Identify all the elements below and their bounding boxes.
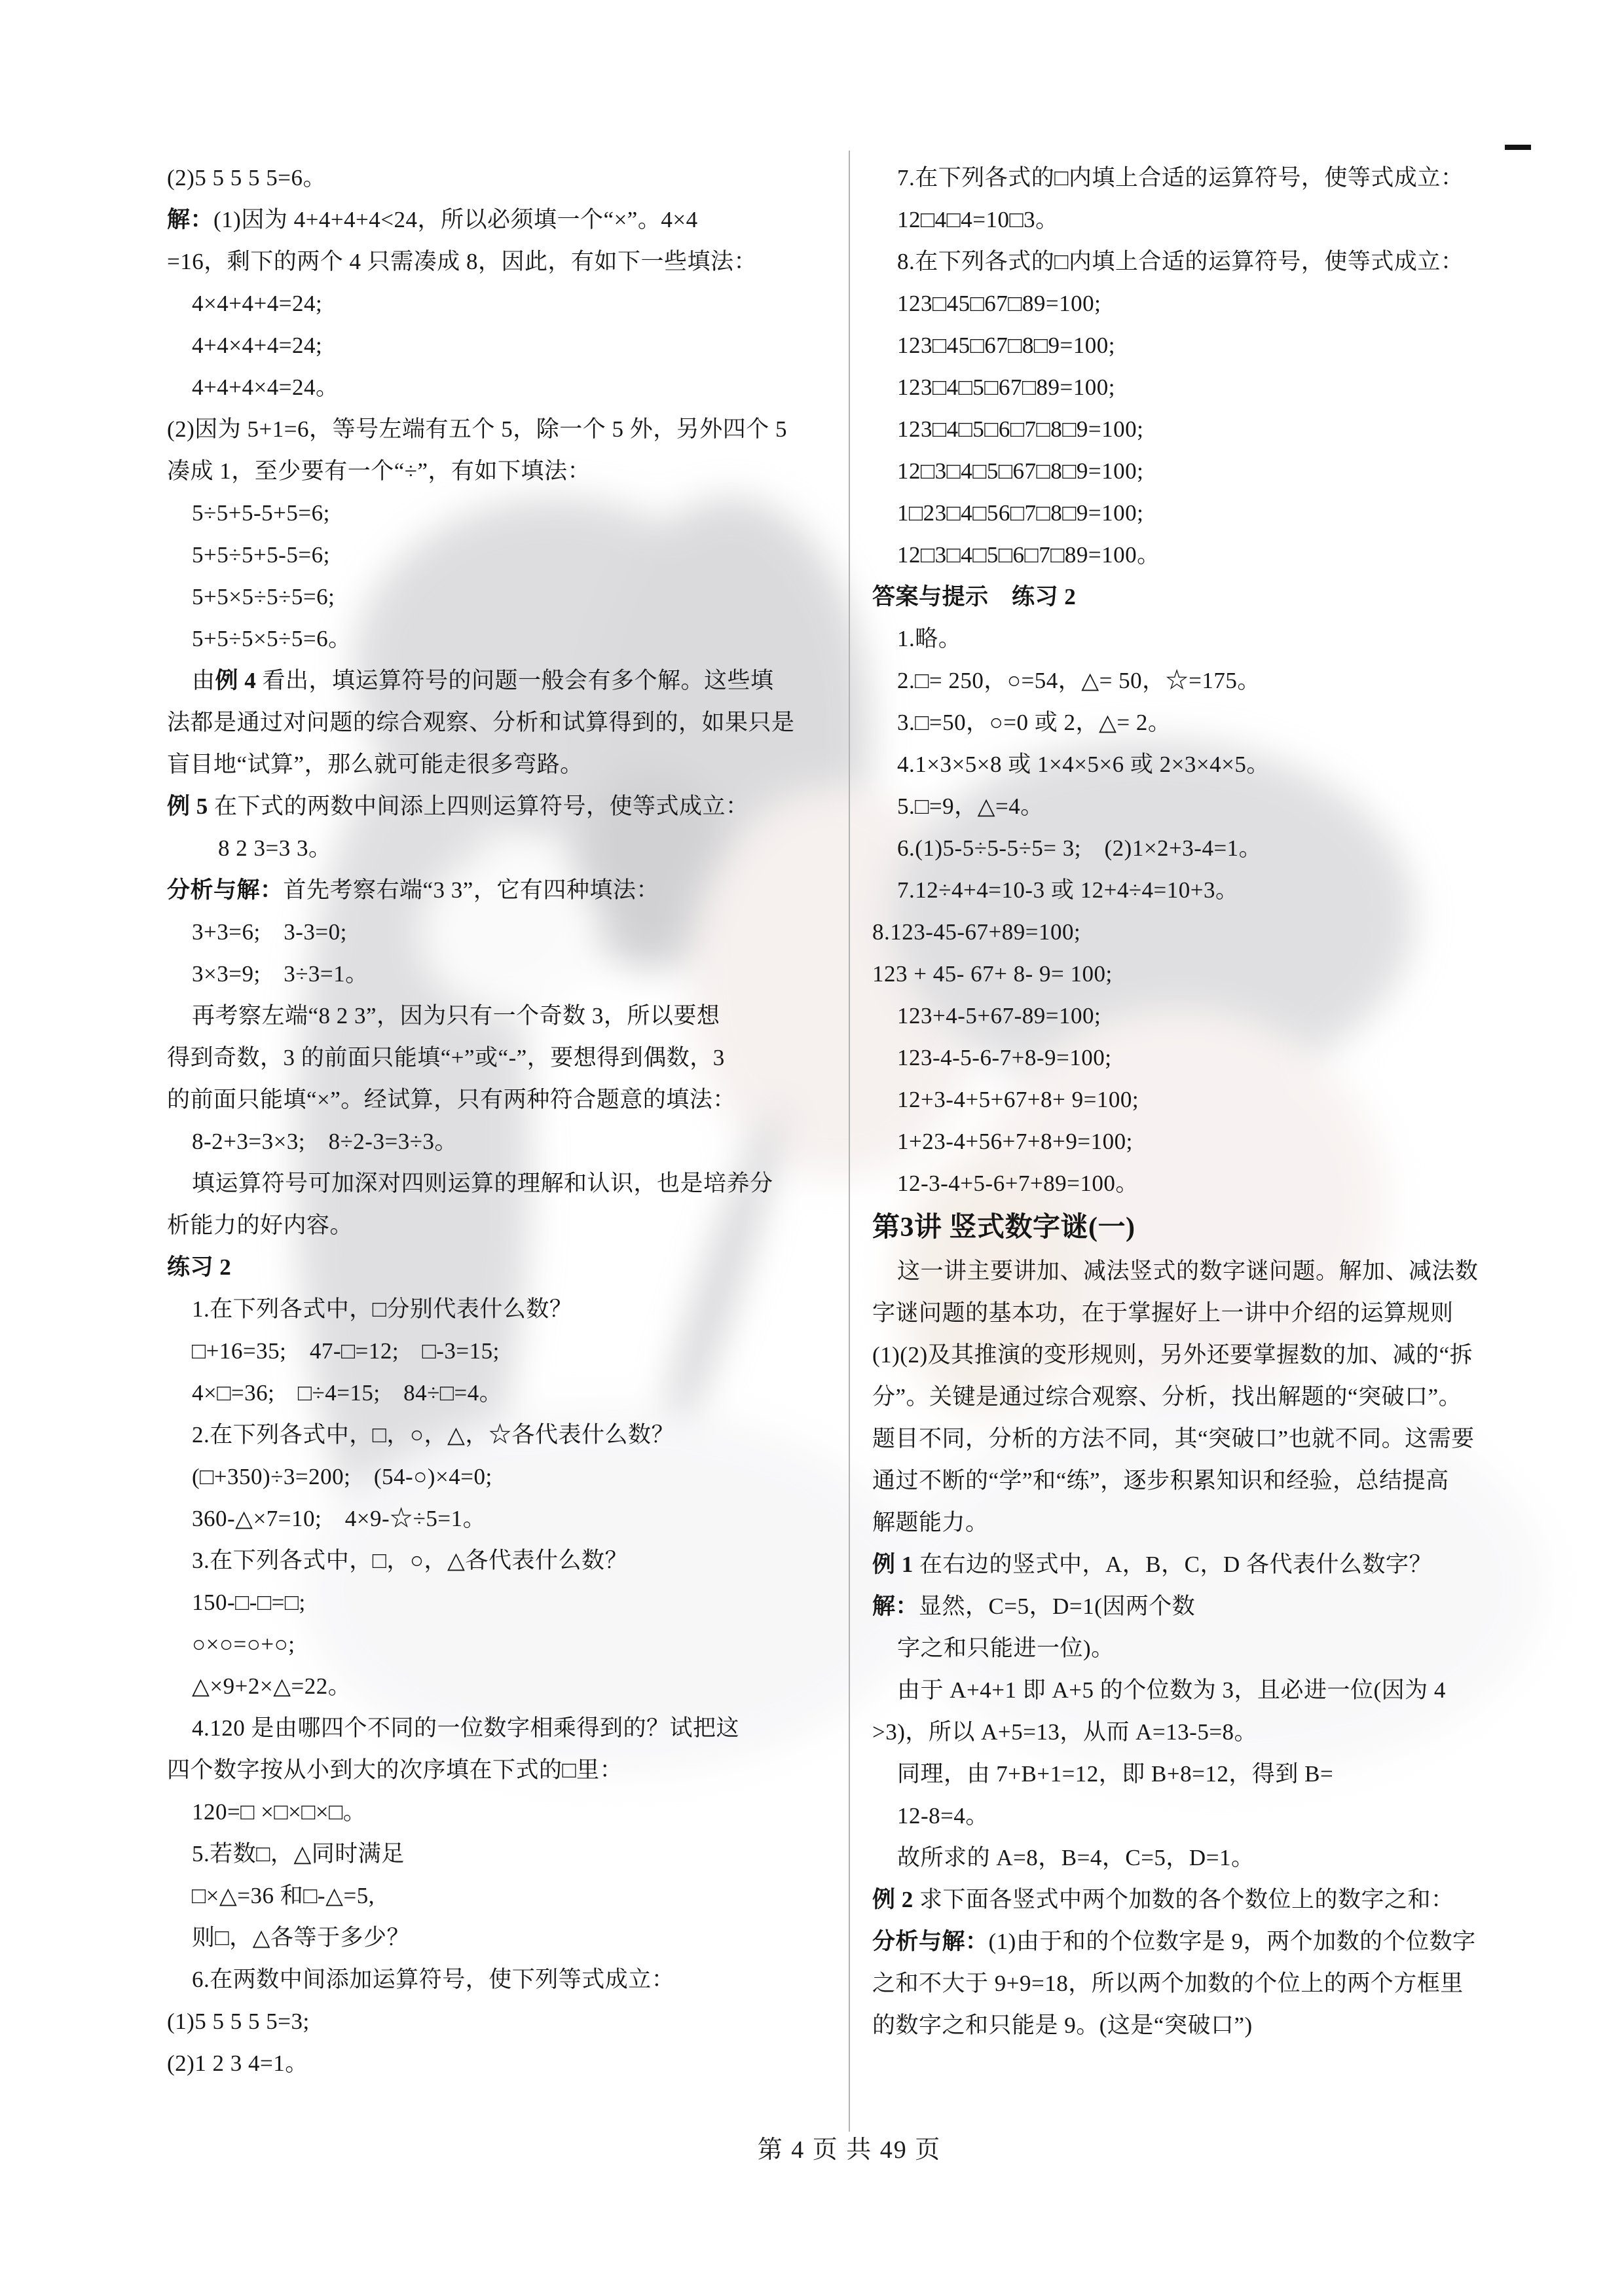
text-line: 5+5÷5×5÷5=6。 bbox=[167, 618, 792, 660]
text-line: 12-3-4+5-6+7+89=100。 bbox=[872, 1163, 1534, 1205]
text-line: 12-8=4。 bbox=[872, 1795, 1534, 1837]
text-line: 5+5×5÷5÷5=6; bbox=[167, 576, 792, 618]
line-text: □×△=36 和□-△=5, bbox=[192, 1883, 375, 1908]
line-text: 3+3=6; 3-3=0; bbox=[192, 919, 347, 945]
text-line: 8-2+3=3×3; 8÷2-3=3÷3。 bbox=[167, 1121, 792, 1163]
text-line: ○×○=○+○; bbox=[167, 1624, 792, 1666]
bold-label: 练习 2 bbox=[167, 1254, 231, 1280]
text-line: (1)5 5 5 5 5=3; bbox=[167, 2001, 792, 2043]
line-text: 12□3□4□5□6□7□89=100。 bbox=[897, 542, 1160, 568]
line-text: 1□23□4□56□7□8□9=100; bbox=[897, 500, 1143, 526]
text-line: □×△=36 和□-△=5, bbox=[167, 1875, 792, 1917]
line-text: 5+5÷5+5-5=6; bbox=[192, 542, 330, 568]
text-line: 6.在两数中间添加运算符号，使下列等式成立： bbox=[167, 1959, 792, 2001]
bold-label: 解： bbox=[872, 1594, 919, 1619]
section-heading: 第3讲 竖式数字谜(一) bbox=[872, 1205, 1534, 1250]
line-text: 12-8=4。 bbox=[897, 1803, 989, 1829]
line-text: 盲目地“试算”，那么就可能走很多弯路。 bbox=[167, 752, 583, 777]
text-line: =16，剩下的两个 4 只需凑成 8，因此，有如下一些填法： bbox=[167, 241, 792, 283]
text-line: □+16=35; 47-□=12; □-3=15; bbox=[167, 1330, 792, 1372]
text-line: 2.在下列各式中，□，○，△，☆各代表什么数？ bbox=[167, 1414, 792, 1456]
line-text: 5+5÷5×5÷5=6。 bbox=[192, 626, 352, 651]
text-line: 分析与解：首先考察右端“3 3”，它有四种填法： bbox=[167, 869, 792, 911]
text-line: (2)因为 5+1=6，等号左端有五个 5，除一个 5 外，另外四个 5 bbox=[167, 409, 792, 450]
line-text: 8.在下列各式的□内填上合适的运算符号，使等式成立： bbox=[897, 249, 1464, 274]
text-line: 3.□=50，○=0 或 2，△= 2。 bbox=[872, 702, 1534, 744]
text-line: 12□4□4=10□3。 bbox=[872, 199, 1534, 241]
line-text: 同理，由 7+B+1=12，即 B+8=12，得到 B= bbox=[897, 1761, 1333, 1787]
left-column: (2)5 5 5 5 5=6。解：(1)因为 4+4+4+4<24，所以必须填一… bbox=[167, 157, 792, 2085]
text-line: 12+3-4+5+67+8+ 9=100; bbox=[872, 1079, 1534, 1121]
line-text: 4×□=36; □÷4=15; 84÷□=4。 bbox=[192, 1380, 502, 1406]
line-text: 123 + 45- 67+ 8- 9= 100; bbox=[872, 961, 1113, 987]
line-text: 由 bbox=[192, 668, 215, 693]
line-text: 的前面只能填“×”。经试算，只有两种符合题意的填法： bbox=[167, 1087, 736, 1112]
line-text: 6.在两数中间添加运算符号，使下列等式成立： bbox=[192, 1967, 674, 1992]
stray-dash-mark bbox=[1505, 145, 1531, 150]
line-text: 123□45□67□8□9=100; bbox=[897, 333, 1115, 358]
text-line: 1□23□4□56□7□8□9=100; bbox=[872, 492, 1534, 534]
text-line: 7.在下列各式的□内填上合适的运算符号，使等式成立： bbox=[872, 157, 1534, 199]
text-line: 123□45□67□8□9=100; bbox=[872, 325, 1534, 367]
line-text: 12+3-4+5+67+8+ 9=100; bbox=[897, 1087, 1139, 1112]
line-text: 123□4□5□6□7□8□9=100; bbox=[897, 416, 1143, 442]
line-text: 这一讲主要讲加、减法竖式的数字谜问题。解加、减法数 bbox=[897, 1258, 1479, 1284]
line-text: 填运算符号可加深对四则运算的理解和认识，也是培养分 bbox=[192, 1171, 773, 1196]
line-text: 4.1×3×5×8 或 1×4×5×6 或 2×3×4×5。 bbox=[897, 752, 1270, 777]
line-text: (1)因为 4+4+4+4<24，所以必须填一个“×”。4×4 bbox=[213, 207, 698, 232]
text-line: 123□45□67□89=100; bbox=[872, 283, 1534, 325]
text-line: (□+350)÷3=200; (54-○)×4=0; bbox=[167, 1456, 792, 1498]
text-line: 8.123-45-67+89=100; bbox=[872, 911, 1534, 953]
text-line: 123□4□5□6□7□8□9=100; bbox=[872, 409, 1534, 450]
line-text: 123+4-5+67-89=100; bbox=[897, 1003, 1101, 1029]
line-text: 由于 A+4+1 即 A+5 的个位数为 3，且必进一位(因为 4 bbox=[897, 1677, 1446, 1703]
text-line: 这一讲主要讲加、减法竖式的数字谜问题。解加、减法数 bbox=[872, 1250, 1534, 1292]
line-text: 字之和只能进一位)。 bbox=[897, 1635, 1115, 1661]
line-text: (1)由于和的个位数字是 9，两个加数的个位数字 bbox=[989, 1929, 1476, 1954]
text-line: 法都是通过对问题的综合观察、分析和试算得到的，如果只是 bbox=[167, 702, 792, 744]
text-line: 12□3□4□5□6□7□89=100。 bbox=[872, 534, 1534, 576]
text-line: >3)，所以 A+5=13，从而 A=13-5=8。 bbox=[872, 1711, 1534, 1753]
text-line: 123-4-5-6-7+8-9=100; bbox=[872, 1037, 1534, 1079]
line-text: 在下式的两数中间添上四则运算符号，使等式成立： bbox=[208, 793, 749, 819]
line-text: 3×3=9; 3÷3=1。 bbox=[192, 961, 369, 987]
column-divider-line bbox=[849, 151, 850, 2132]
line-text: 首先考察右端“3 3”，它有四种填法： bbox=[284, 877, 659, 903]
line-text: 8 2 3=3 3。 bbox=[218, 835, 332, 861]
line-text: 2.在下列各式中，□，○，△，☆各代表什么数？ bbox=[192, 1422, 674, 1448]
line-text: 120=□ ×□×□×□。 bbox=[192, 1799, 366, 1825]
text-line: 例 1 在右边的竖式中，A，B，C，D 各代表什么数字？ bbox=[872, 1544, 1534, 1586]
text-line: 由例 4 看出，填运算符号的问题一般会有多个解。这些填 bbox=[167, 660, 792, 702]
text-line: 答案与提示 练习 2 bbox=[872, 576, 1534, 618]
text-line: 字之和只能进一位)。 bbox=[872, 1628, 1534, 1669]
line-text: 2.□= 250，○=54，△= 50，☆=175。 bbox=[897, 668, 1261, 693]
text-line: 填运算符号可加深对四则运算的理解和认识，也是培养分 bbox=[167, 1163, 792, 1205]
text-line: 120=□ ×□×□×□。 bbox=[167, 1791, 792, 1833]
text-line: 8 2 3=3 3。 bbox=[167, 828, 792, 869]
line-text: 123-4-5-6-7+8-9=100; bbox=[897, 1045, 1111, 1070]
text-line: 的前面只能填“×”。经试算，只有两种符合题意的填法： bbox=[167, 1079, 792, 1121]
line-text: (2)5 5 5 5 5=6。 bbox=[167, 165, 326, 191]
line-text: 法都是通过对问题的综合观察、分析和试算得到的，如果只是 bbox=[167, 710, 795, 735]
text-line: (2)1 2 3 4=1。 bbox=[167, 2043, 792, 2085]
line-text: 12□3□4□5□67□8□9=100; bbox=[897, 458, 1143, 484]
line-text: 再考察左端“8 2 3”，因为只有一个奇数 3，所以要想 bbox=[192, 1003, 720, 1029]
text-line: 5.若数□，△同时满足 bbox=[167, 1833, 792, 1875]
line-text: ○×○=○+○; bbox=[192, 1631, 295, 1657]
text-line: 字谜问题的基本功，在于掌握好上一讲中介绍的运算规则 bbox=[872, 1292, 1534, 1334]
line-text: 看出，填运算符号的问题一般会有多个解。这些填 bbox=[263, 668, 774, 693]
text-line: 7.12÷4+4=10-3 或 12+4÷4=10+3。 bbox=[872, 869, 1534, 911]
text-line: 4×4+4+4=24; bbox=[167, 283, 792, 325]
line-text: (□+350)÷3=200; (54-○)×4=0; bbox=[192, 1464, 492, 1489]
text-line: 4×□=36; □÷4=15; 84÷□=4。 bbox=[167, 1372, 792, 1414]
line-text: =16，剩下的两个 4 只需凑成 8，因此，有如下一些填法： bbox=[167, 249, 757, 274]
document-page: (2)5 5 5 5 5=6。解：(1)因为 4+4+4+4<24，所以必须填一… bbox=[0, 0, 1624, 2296]
text-line: 4.1×3×5×8 或 1×4×5×6 或 2×3×4×5。 bbox=[872, 744, 1534, 786]
text-line: 1.略。 bbox=[872, 618, 1534, 660]
line-text: 通过不断的“学”和“练”，逐步积累知识和经验，总结提高 bbox=[872, 1468, 1449, 1493]
line-text: 四个数字按从小到大的次序填在下式的□里： bbox=[167, 1757, 623, 1783]
page-number: 第 4 页 共 49 页 bbox=[75, 2129, 1624, 2165]
bold-label: 解： bbox=[167, 207, 213, 232]
text-line: (1)(2)及其推演的变形规则，另外还要掌握数的加、减的“拆 bbox=[872, 1334, 1534, 1376]
line-text: 4+4×4+4=24; bbox=[192, 333, 322, 358]
text-line: 由于 A+4+1 即 A+5 的个位数为 3，且必进一位(因为 4 bbox=[872, 1669, 1534, 1711]
text-line: 得到奇数，3 的前面只能填“+”或“-”，要想得到偶数，3 bbox=[167, 1037, 792, 1079]
text-line: 通过不断的“学”和“练”，逐步积累知识和经验，总结提高 bbox=[872, 1460, 1534, 1502]
text-line: 2.□= 250，○=54，△= 50，☆=175。 bbox=[872, 660, 1534, 702]
text-line: 之和不大于 9+9=18，所以两个加数的个位上的两个方框里 bbox=[872, 1963, 1534, 2005]
line-text: 5.□=9，△=4。 bbox=[897, 793, 1044, 819]
bold-label: 例 5 bbox=[167, 793, 208, 819]
text-line: 例 2 求下面各竖式中两个加数的各个数位上的数字之和： bbox=[872, 1879, 1534, 1921]
line-text: (1)5 5 5 5 5=3; bbox=[167, 2009, 310, 2034]
bold-label: 第3讲 竖式数字谜(一) bbox=[872, 1212, 1135, 1243]
text-line: 3×3=9; 3÷3=1。 bbox=[167, 953, 792, 995]
line-text: (2)1 2 3 4=1。 bbox=[167, 2050, 308, 2076]
text-line: 盲目地“试算”，那么就可能走很多弯路。 bbox=[167, 744, 792, 786]
text-line: 再考察左端“8 2 3”，因为只有一个奇数 3，所以要想 bbox=[167, 995, 792, 1037]
text-line: 解题能力。 bbox=[872, 1502, 1534, 1544]
line-text: 5+5×5÷5÷5=6; bbox=[192, 584, 335, 610]
line-text: 6.(1)5-5÷5-5÷5= 3; (2)1×2+3-4=1。 bbox=[897, 835, 1262, 861]
line-text: 分”。关键是通过综合观察、分析，找出解题的“突破口”。 bbox=[872, 1384, 1462, 1410]
line-text: (2)因为 5+1=6，等号左端有五个 5，除一个 5 外，另外四个 5 bbox=[167, 416, 787, 442]
line-text: 之和不大于 9+9=18，所以两个加数的个位上的两个方框里 bbox=[872, 1971, 1464, 1996]
line-text: 1.略。 bbox=[897, 626, 961, 651]
line-text: >3)，所以 A+5=13，从而 A=13-5=8。 bbox=[872, 1719, 1257, 1745]
line-text: 在右边的竖式中，A，B，C，D 各代表什么数字？ bbox=[913, 1552, 1432, 1577]
text-line: 6.(1)5-5÷5-5÷5= 3; (2)1×2+3-4=1。 bbox=[872, 828, 1534, 869]
text-line: 练习 2 bbox=[167, 1247, 792, 1288]
line-text: 360-△×7=10; 4×9-☆÷5=1。 bbox=[192, 1506, 486, 1531]
text-line: 凑成 1，至少要有一个“÷”，有如下填法： bbox=[167, 450, 792, 492]
text-line: 4.120 是由哪四个不同的一位数字相乘得到的？试把这 bbox=[167, 1707, 792, 1749]
text-line: (2)5 5 5 5 5=6。 bbox=[167, 157, 792, 199]
line-text: 5÷5+5-5+5=6; bbox=[192, 500, 330, 526]
line-text: 123□45□67□89=100; bbox=[897, 291, 1101, 316]
text-line: △×9+2×△=22。 bbox=[167, 1666, 792, 1707]
bold-label: 例 2 bbox=[872, 1887, 913, 1912]
text-line: 四个数字按从小到大的次序填在下式的□里： bbox=[167, 1749, 792, 1791]
line-text: 故所求的 A=8，B=4，C=5，D=1。 bbox=[897, 1845, 1254, 1870]
line-text: 3.□=50，○=0 或 2，△= 2。 bbox=[897, 710, 1171, 735]
line-text: 7.在下列各式的□内填上合适的运算符号，使等式成立： bbox=[897, 165, 1464, 191]
text-line: 5÷5+5-5+5=6; bbox=[167, 492, 792, 534]
text-line: 123 + 45- 67+ 8- 9= 100; bbox=[872, 953, 1534, 995]
text-line: 360-△×7=10; 4×9-☆÷5=1。 bbox=[167, 1498, 792, 1540]
text-line: 123□4□5□67□89=100; bbox=[872, 367, 1534, 409]
text-line: 例 5 在下式的两数中间添上四则运算符号，使等式成立： bbox=[167, 786, 792, 828]
line-text: 8.123-45-67+89=100; bbox=[872, 919, 1080, 945]
line-text: 的数字之和只能是 9。(这是“突破口”) bbox=[872, 2013, 1253, 2038]
text-line: 3.在下列各式中，□，○，△各代表什么数？ bbox=[167, 1540, 792, 1582]
text-line: 分析与解：(1)由于和的个位数字是 9，两个加数的个位数字 bbox=[872, 1921, 1534, 1963]
text-line: 同理，由 7+B+1=12，即 B+8=12，得到 B= bbox=[872, 1753, 1534, 1795]
line-text: 得到奇数，3 的前面只能填“+”或“-”，要想得到偶数，3 bbox=[167, 1045, 725, 1070]
line-text: □+16=35; 47-□=12; □-3=15; bbox=[192, 1338, 500, 1364]
text-line: 4+4×4+4=24; bbox=[167, 325, 792, 367]
line-text: 5.若数□，△同时满足 bbox=[192, 1841, 405, 1867]
line-text: (1)(2)及其推演的变形规则，另外还要掌握数的加、减的“拆 bbox=[872, 1342, 1473, 1368]
text-line: 150-□-□=□; bbox=[167, 1582, 792, 1624]
text-line: 的数字之和只能是 9。(这是“突破口”) bbox=[872, 2005, 1534, 2047]
line-text: 求下面各竖式中两个加数的各个数位上的数字之和： bbox=[913, 1887, 1454, 1912]
line-text: 4×4+4+4=24; bbox=[192, 291, 322, 316]
text-line: 故所求的 A=8，B=4，C=5，D=1。 bbox=[872, 1837, 1534, 1879]
text-line: 题目不同，分析的方法不同，其“突破口”也就不同。这需要 bbox=[872, 1418, 1534, 1460]
bold-label: 分析与解： bbox=[167, 877, 284, 903]
line-text: 4.120 是由哪四个不同的一位数字相乘得到的？试把这 bbox=[192, 1715, 739, 1741]
line-text: 12□4□4=10□3。 bbox=[897, 207, 1059, 232]
bold-label: 分析与解： bbox=[872, 1929, 989, 1954]
bold-label: 答案与提示 练习 2 bbox=[872, 584, 1076, 610]
text-line: 则□，△各等于多少？ bbox=[167, 1917, 792, 1959]
text-line: 5.□=9，△=4。 bbox=[872, 786, 1534, 828]
line-text: 析能力的好内容。 bbox=[167, 1212, 353, 1238]
line-text: 显然，C=5，D=1(因两个数 bbox=[919, 1594, 1195, 1619]
text-line: 8.在下列各式的□内填上合适的运算符号，使等式成立： bbox=[872, 241, 1534, 283]
line-text: 1+23-4+56+7+8+9=100; bbox=[897, 1129, 1133, 1154]
line-text: 4+4+4×4=24。 bbox=[192, 374, 339, 400]
text-line: 12□3□4□5□67□8□9=100; bbox=[872, 450, 1534, 492]
bold-label: 例 4 bbox=[215, 668, 263, 693]
text-line: 解：(1)因为 4+4+4+4<24，所以必须填一个“×”。4×4 bbox=[167, 199, 792, 241]
line-text: △×9+2×△=22。 bbox=[192, 1673, 351, 1699]
text-line: 5+5÷5+5-5=6; bbox=[167, 534, 792, 576]
text-line: 4+4+4×4=24。 bbox=[167, 367, 792, 409]
line-text: 解题能力。 bbox=[872, 1510, 989, 1535]
text-line: 123+4-5+67-89=100; bbox=[872, 995, 1534, 1037]
right-column: 7.在下列各式的□内填上合适的运算符号，使等式成立：12□4□4=10□3。8.… bbox=[872, 157, 1534, 2047]
line-text: 1.在下列各式中，□分别代表什么数？ bbox=[192, 1296, 572, 1322]
bold-label: 例 1 bbox=[872, 1552, 913, 1577]
text-line: 3+3=6; 3-3=0; bbox=[167, 911, 792, 953]
line-text: 凑成 1，至少要有一个“÷”，有如下填法： bbox=[167, 458, 591, 484]
line-text: 则□，△各等于多少？ bbox=[192, 1925, 410, 1950]
text-line: 分”。关键是通过综合观察、分析，找出解题的“突破口”。 bbox=[872, 1376, 1534, 1418]
line-text: 3.在下列各式中，□，○，△各代表什么数？ bbox=[192, 1548, 628, 1573]
text-line: 解：显然，C=5，D=1(因两个数 bbox=[872, 1586, 1534, 1628]
text-line: 1.在下列各式中，□分别代表什么数？ bbox=[167, 1288, 792, 1330]
line-text: 150-□-□=□; bbox=[192, 1590, 306, 1615]
text-line: 1+23-4+56+7+8+9=100; bbox=[872, 1121, 1534, 1163]
line-text: 7.12÷4+4=10-3 或 12+4÷4=10+3。 bbox=[897, 877, 1239, 903]
line-text: 字谜问题的基本功，在于掌握好上一讲中介绍的运算规则 bbox=[872, 1300, 1454, 1326]
text-line: 析能力的好内容。 bbox=[167, 1205, 792, 1247]
line-text: 12-3-4+5-6+7+89=100。 bbox=[897, 1171, 1139, 1196]
line-text: 8-2+3=3×3; 8÷2-3=3÷3。 bbox=[192, 1129, 458, 1154]
line-text: 题目不同，分析的方法不同，其“突破口”也就不同。这需要 bbox=[872, 1426, 1475, 1451]
line-text: 123□4□5□67□89=100; bbox=[897, 374, 1115, 400]
